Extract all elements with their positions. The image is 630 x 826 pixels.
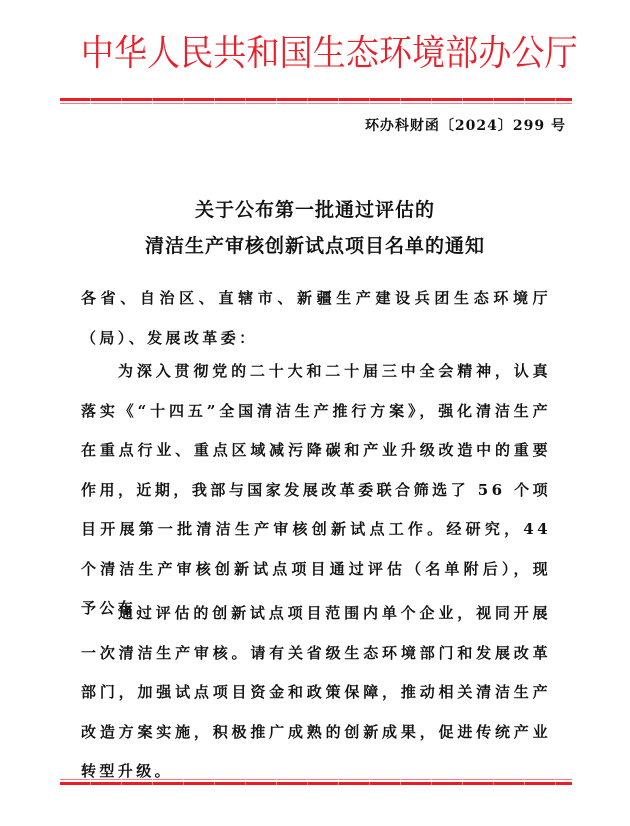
divider-thick-line <box>60 782 572 785</box>
divider-thin-line <box>60 103 572 104</box>
body-paragraph-1: 为深入贯彻党的二十大和二十届三中全会精神，认真落实《“十四五”全国清洁生产推行方… <box>81 352 551 629</box>
document-page: 中华人民共和国生态环境部办公厅 环办科财函〔2024〕299 号 关于公布第一批… <box>0 0 630 826</box>
document-number: 环办科财函〔2024〕299 号 <box>365 116 566 136</box>
body-paragraph-2: 通过评估的创新试点项目范围内单个企业，视同开展一次清洁生产审核。请有关省级生态环… <box>81 594 551 792</box>
title-line-1: 关于公布第一批通过评估的 <box>60 192 570 228</box>
title-line-2: 清洁生产审核创新试点项目名单的通知 <box>60 228 570 264</box>
issuer-masthead: 中华人民共和国生态环境部办公厅 <box>81 30 559 78</box>
footer-divider <box>60 779 572 785</box>
masthead-divider <box>60 98 572 104</box>
salutation: 各省、自治区、直辖市、新疆生产建设兵团生态环境厅（局）、发展改革委： <box>81 279 551 358</box>
notice-title: 关于公布第一批通过评估的 清洁生产审核创新试点项目名单的通知 <box>60 192 570 264</box>
